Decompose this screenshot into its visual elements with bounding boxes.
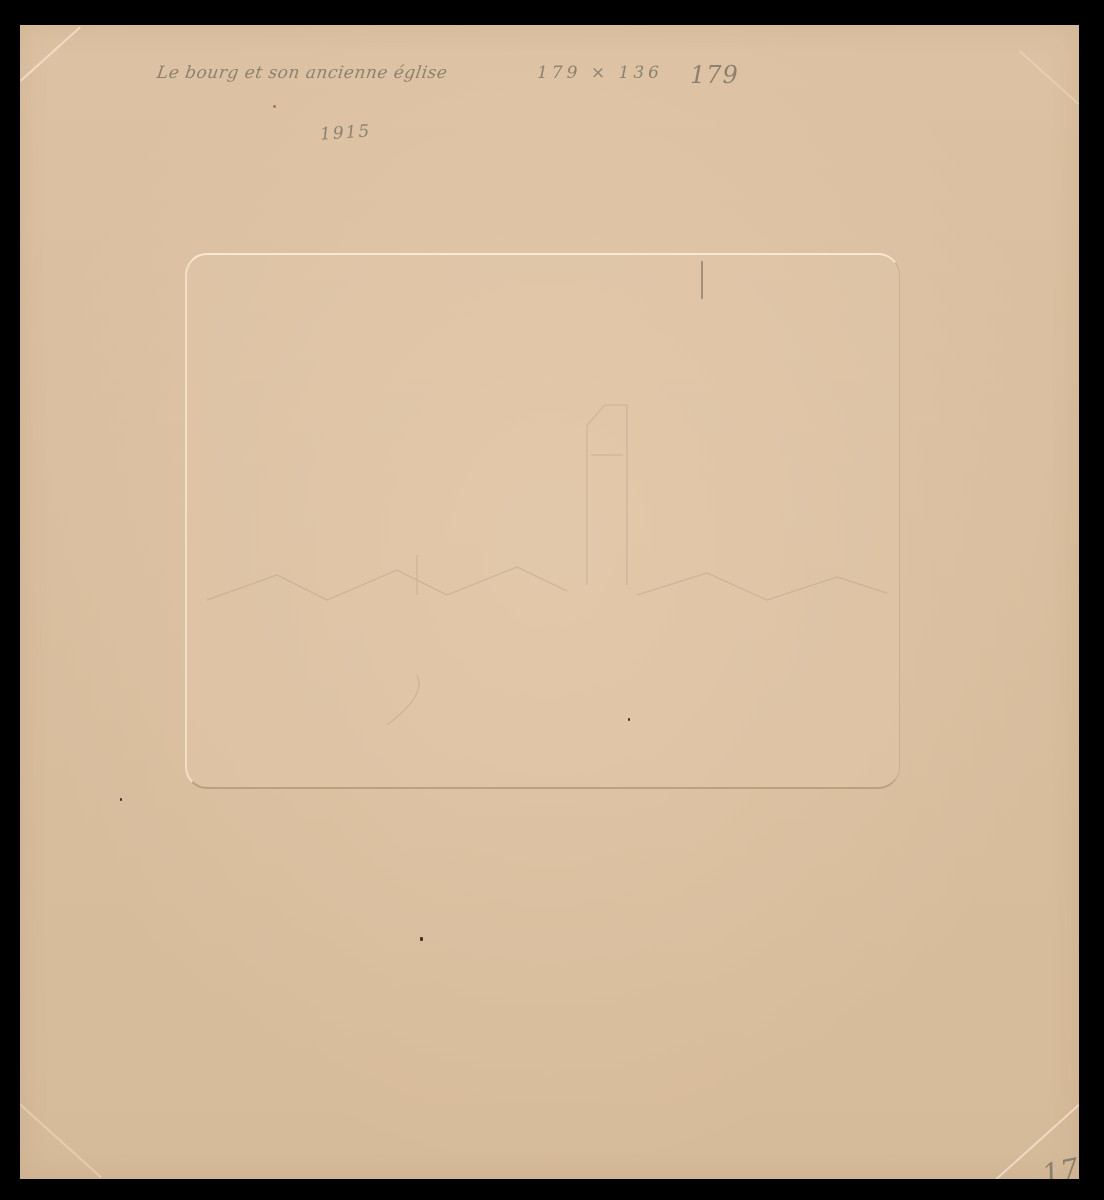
corner-crease-top-right: [1019, 50, 1079, 105]
plate-mark: [185, 253, 900, 789]
pencil-catalog-number: 179: [690, 61, 739, 89]
scan-background: Le bourg et son ancienne église 179 × 13…: [0, 0, 1104, 1200]
paper-speck: [420, 937, 423, 941]
pencil-title-annotation: Le bourg et son ancienne église: [156, 63, 449, 83]
paper-speck: [120, 798, 122, 801]
corner-crease-top-left: [20, 26, 80, 81]
pencil-corner-number: 179: [1039, 1147, 1101, 1191]
pencil-dimensions-annotation: 179 × 136: [537, 63, 663, 83]
ghost-image: [187, 255, 899, 787]
pencil-year-annotation: 1915: [319, 121, 372, 145]
corner-crease-bottom-left: [19, 1103, 102, 1178]
paper-sheet: Le bourg et son ancienne église 179 × 13…: [20, 25, 1079, 1179]
paper-speck: [273, 105, 276, 108]
pencil-tick-mark: [701, 261, 703, 299]
paper-speck: [628, 718, 630, 721]
